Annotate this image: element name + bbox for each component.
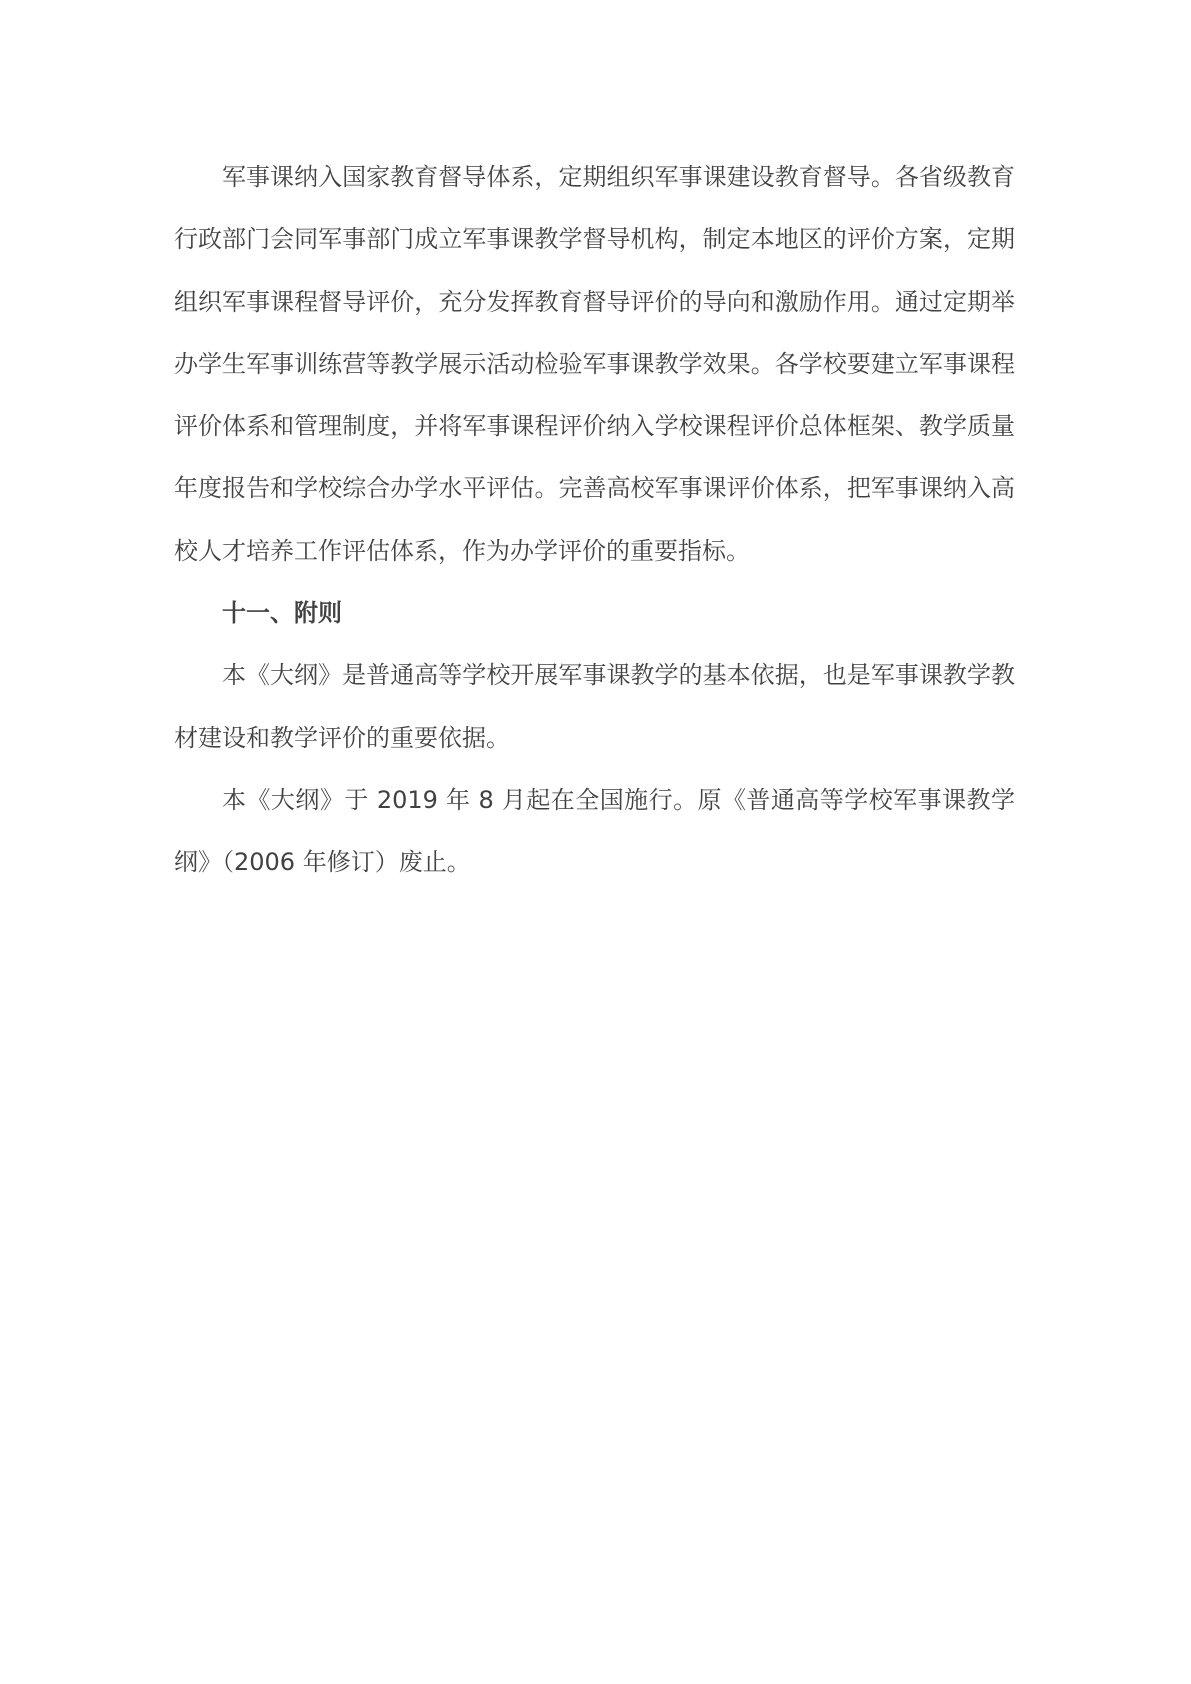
paragraph-1-line-4: 办学生军事训练营等教学展示活动检验军事课教学效果。各学校要建立军事课程 [174, 333, 1015, 395]
document-body: 军事课纳入国家教育督导体系，定期组织军事课建设教育督导。各省级教育 行政部门会同… [174, 146, 1015, 894]
paragraph-1-line-6: 年度报告和学校综合办学水平评估。完善高校军事课评价体系，把军事课纳入高 [174, 457, 1015, 519]
paragraph-1-line-3: 组织军事课程督导评价，充分发挥教育督导评价的导向和激励作用。通过定期举 [174, 271, 1015, 333]
paragraph-1-line-7: 校人才培养工作评估体系，作为办学评价的重要指标。 [174, 520, 1015, 582]
paragraph-1-line-2: 行政部门会同军事部门成立军事课教学督导机构，制定本地区的评价方案，定期 [174, 208, 1015, 270]
section-heading: 十一、附则 [174, 582, 1015, 644]
document-page: 军事课纳入国家教育督导体系，定期组织军事课建设教育督导。各省级教育 行政部门会同… [0, 0, 1191, 1684]
paragraph-2-line-1: 本《大纲》是普通高等学校开展军事课教学的基本依据，也是军事课教学教 [174, 644, 1015, 706]
paragraph-3-line-1: 本《大纲》于 2019 年 8 月起在全国施行。原《普通高等学校军事课教学大 [174, 769, 1015, 831]
paragraph-1-line-1: 军事课纳入国家教育督导体系，定期组织军事课建设教育督导。各省级教育 [174, 146, 1015, 208]
paragraph-3-line-2: 纲》（2006 年修订）废止。 [174, 831, 1015, 893]
paragraph-2-line-2: 材建设和教学评价的重要依据。 [174, 707, 1015, 769]
paragraph-1-line-5: 评价体系和管理制度，并将军事课程评价纳入学校课程评价总体框架、教学质量 [174, 395, 1015, 457]
